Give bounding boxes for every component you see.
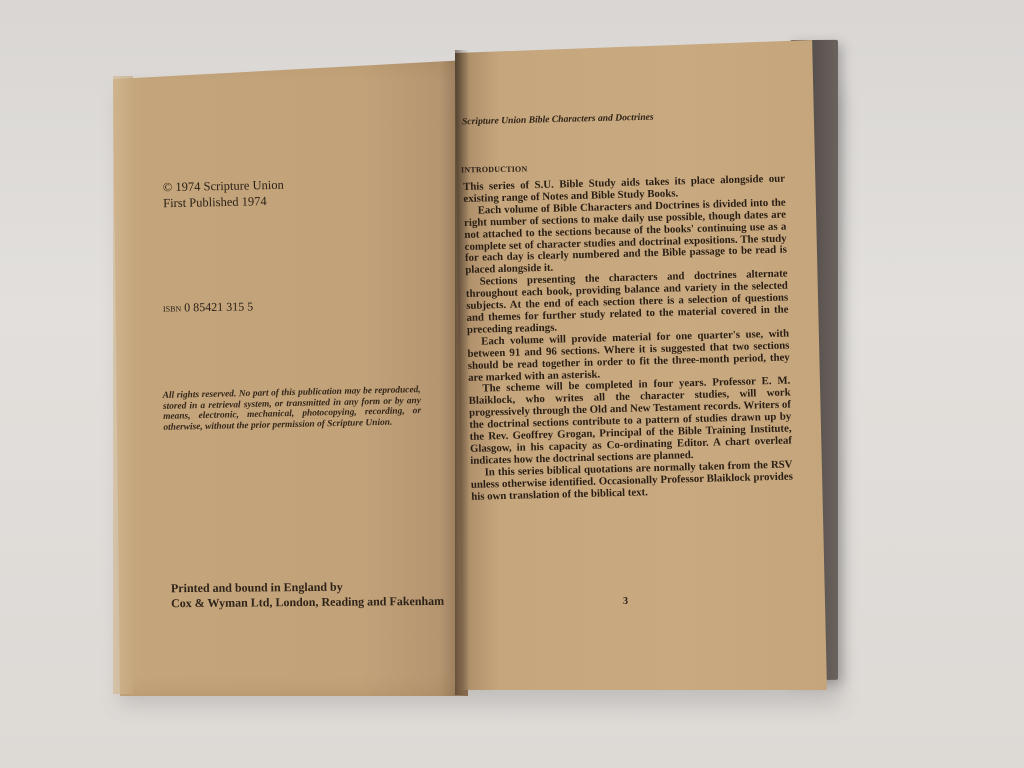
left-page-edge xyxy=(113,76,133,694)
paragraph: Sections presenting the characters and d… xyxy=(465,269,788,337)
isbn-line: ISBN 0 85421 315 5 xyxy=(163,299,253,315)
isbn-label: ISBN xyxy=(163,304,181,313)
page-number: 3 xyxy=(623,596,628,607)
printer-block: Printed and bound in England by Cox & Wy… xyxy=(171,579,444,611)
paragraph: Each volume of Bible Characters and Doct… xyxy=(464,197,788,277)
photo-scene: © 1974 Scripture Union First Published 1… xyxy=(0,0,1024,768)
first-published-line: First Published 1974 xyxy=(163,193,284,212)
isbn-number: 0 85421 315 5 xyxy=(184,299,253,314)
rights-notice: All rights reserved. No part of this pub… xyxy=(163,385,422,433)
book-gutter xyxy=(455,50,469,695)
section-heading: INTRODUCTION xyxy=(461,165,528,175)
paragraph: The scheme will be completed in four yea… xyxy=(468,376,792,468)
copyright-block: © 1974 Scripture Union First Published 1… xyxy=(163,177,285,212)
introduction-body: This series of S.U. Bible Study aids tak… xyxy=(463,174,793,504)
printer-line-2: Cox & Wyman Ltd, London, Reading and Fak… xyxy=(171,594,444,611)
